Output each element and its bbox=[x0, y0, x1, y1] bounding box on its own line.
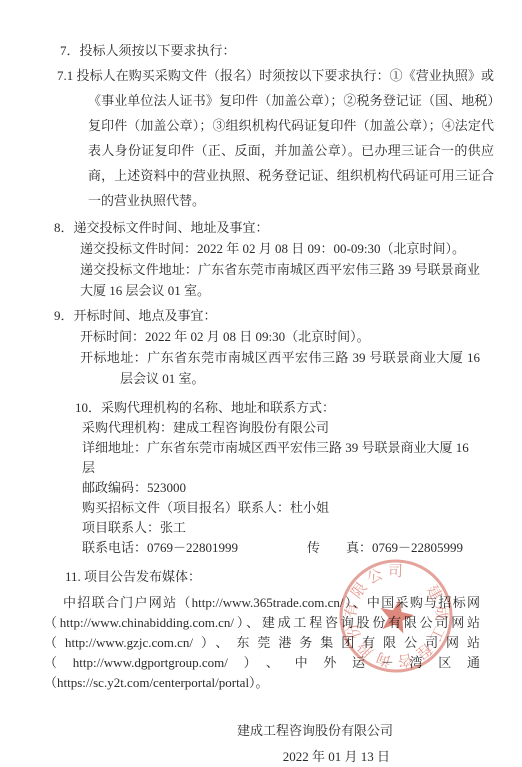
signature-date: 2022 年 01 月 13 日 bbox=[44, 747, 480, 767]
phone-number: 联系电话：0769－22801999 bbox=[82, 538, 238, 558]
agency-postcode: 邮政编码：523000 bbox=[82, 478, 480, 498]
bid-opening-time: 开标时间：2022 年 02 月 08 日 09:30（北京时间）。 bbox=[80, 326, 480, 347]
phone-fax-row: 联系电话：0769－22801999 传 真：0769－22805999 bbox=[82, 538, 480, 558]
media-line: （http://www.gzjc.com.cn/）、东莞港务集团有限公司网站 bbox=[44, 633, 480, 653]
document-page: 7．投标人须按以下要求执行： 7.1 投标人在购买采购文件（报名）时须按以下要求… bbox=[0, 0, 522, 767]
bid-opening-address: 开标地址：广东省东莞市南城区西平宏伟三路 39 号联景商业大厦 16 层会议 0… bbox=[44, 347, 480, 389]
bid-submission-time: 递交投标文件时间：2022 年 02 月 08 日 09：00-09:30（北京… bbox=[80, 238, 480, 259]
signature-company: 建成工程咨询股份有限公司 bbox=[44, 721, 480, 741]
agency-name: 采购代理机构：建成工程咨询股份有限公司 bbox=[82, 418, 480, 438]
agency-address: 详细地址：广东省东莞市南城区西平宏伟三路 39 号联景商业大厦 16 层 bbox=[82, 438, 480, 478]
media-paragraph: 中招联合门户网站（http://www.365trade.com.cn/）、中国… bbox=[44, 593, 480, 693]
section-10-heading: 10．采购代理机构的名称、地址和联系方式： bbox=[44, 397, 480, 418]
bid-submission-address: 递交投标文件地址：广东省东莞市南城区西平宏伟三路 39 号联景商业大厦 16 层… bbox=[44, 259, 480, 301]
clause-7-1: 7.1 投标人在购买采购文件（报名）时须按以下要求执行：①《营业执照》或《事业单… bbox=[44, 63, 494, 213]
section-11-heading: 11. 项目公告发布媒体： bbox=[44, 566, 480, 587]
media-line: （https://sc.y2t.com/centerportal/portal）… bbox=[44, 673, 480, 693]
doc-purchase-contact: 购买招标文件（项目报名）联系人：杜小姐 bbox=[82, 498, 480, 518]
section-7-heading: 7．投标人须按以下要求执行： bbox=[44, 38, 480, 63]
project-contact: 项目联系人：张工 bbox=[82, 518, 480, 538]
fax-number: 传 真：0769－22805999 bbox=[307, 538, 463, 558]
media-line: （http://www.chinabidding.com.cn/）、建成工程咨询… bbox=[44, 613, 480, 633]
media-line: 中招联合门户网站（http://www.365trade.com.cn/）、中国… bbox=[44, 593, 480, 613]
media-line: （http://www.dgportgroup.com/）、中外运－湾区通 bbox=[44, 653, 480, 673]
section-8-heading: 8．递交投标文件时间、地址及事宜： bbox=[44, 217, 480, 238]
section-9-heading: 9．开标时间、地点及事宜： bbox=[44, 305, 480, 326]
